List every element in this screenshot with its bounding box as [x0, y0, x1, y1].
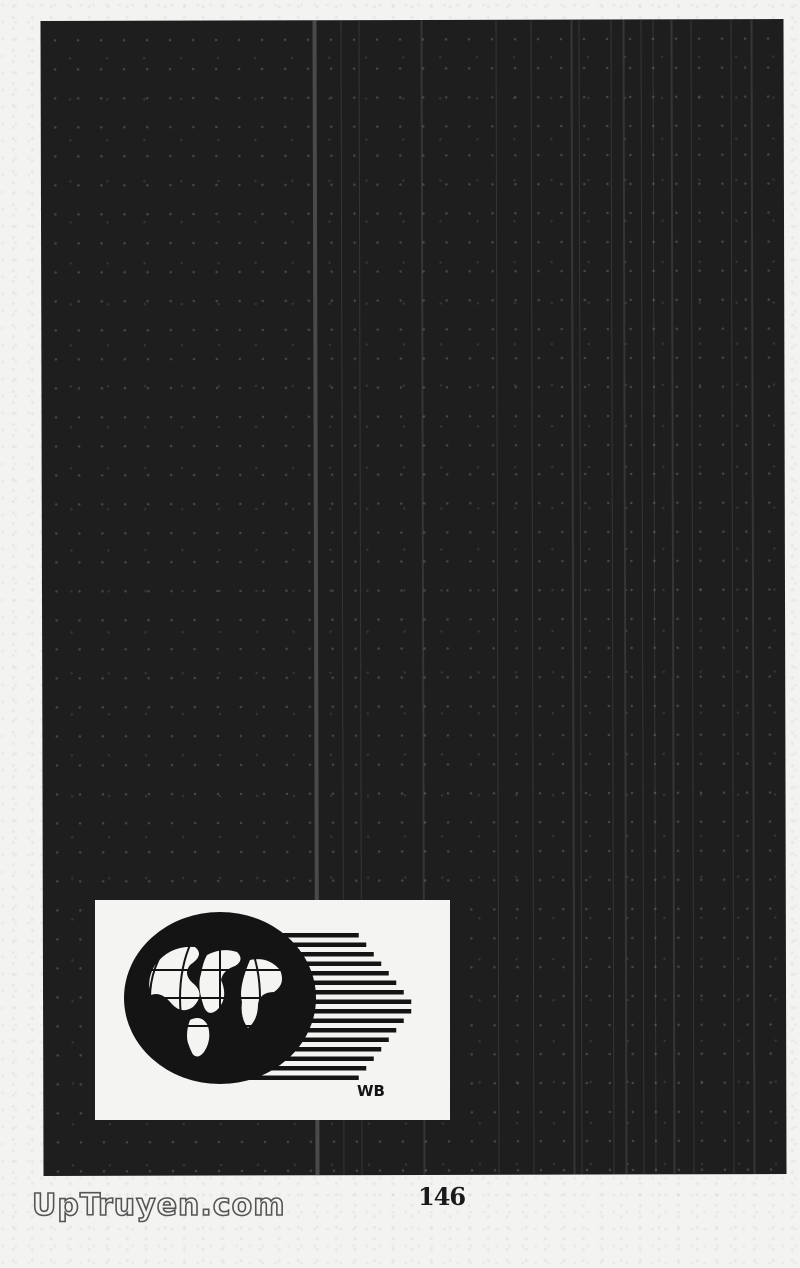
- watermark: UpTruyen.com: [32, 1188, 285, 1223]
- publisher-logo: WB: [95, 900, 450, 1120]
- svg-text:WB: WB: [357, 1082, 385, 1100]
- page-number: 146: [418, 1182, 465, 1211]
- globe-speed-lines-icon: WB: [95, 900, 450, 1120]
